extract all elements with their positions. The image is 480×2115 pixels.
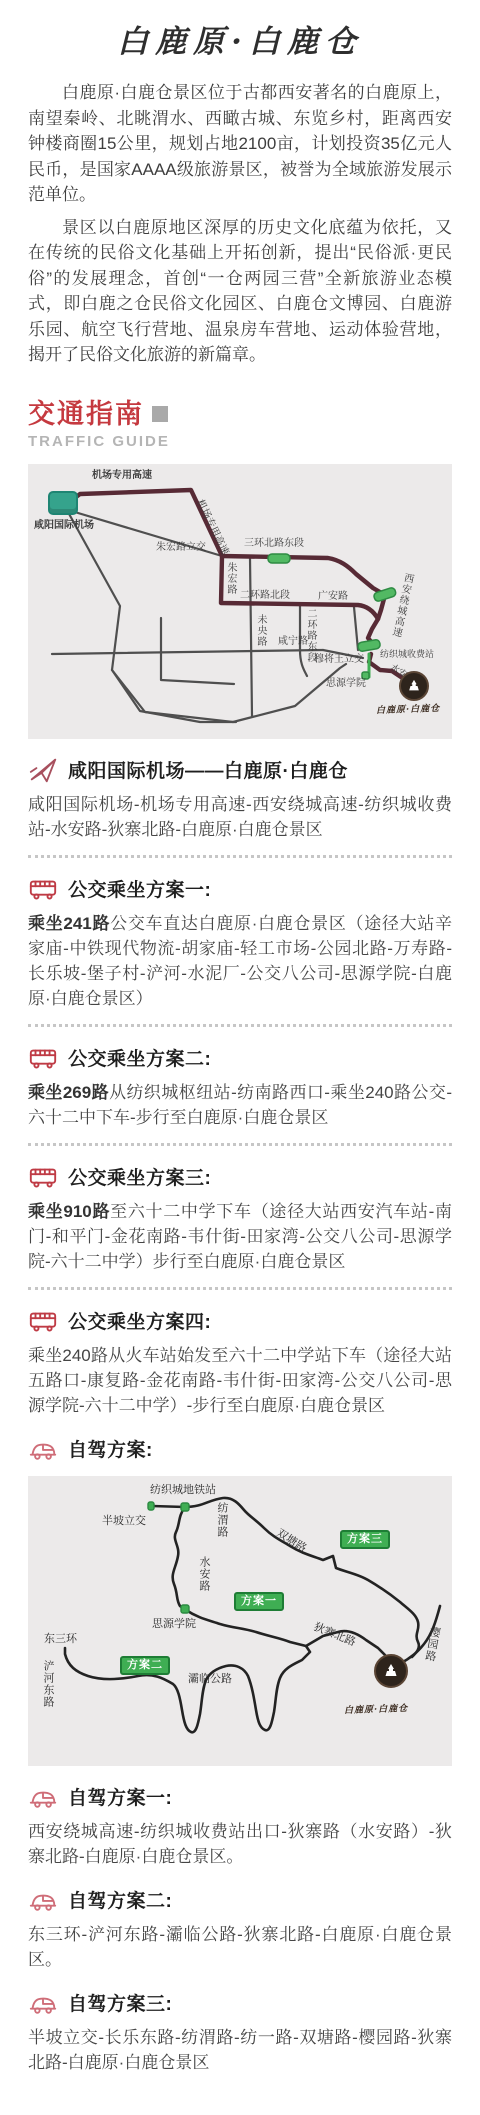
plan3-badge: 方案三 <box>340 1530 390 1549</box>
drive-plan-3-section: 自驾方案三: <box>28 1988 452 2018</box>
map-label-banpo-interchange: 半坡立交 <box>102 1516 146 1527</box>
airport-route-map: 机场专用高速 机场专用高速 咸阳国际机场 朱宏路立交 三环北路东段 朱宏路 二环… <box>28 464 452 739</box>
dotted-divider <box>28 1287 452 1290</box>
traffic-guide-heading: 交通指南 TRAFFIC GUIDE <box>28 392 452 450</box>
map-label-third-ring-north: 三环北路东段 <box>244 538 304 549</box>
station-dots <box>148 1502 189 1613</box>
bus-plan-2-heading: 公交乘坐方案二: <box>68 1044 211 1071</box>
dotted-divider <box>28 1024 452 1027</box>
article: 白鹿原·白鹿仓 白鹿原·白鹿仓景区位于古都西安著名的白鹿原上，南望秦岭、北眺渭水… <box>0 0 480 2115</box>
bus-plan-1-text: 乘坐241路公交车直达白鹿原·白鹿仓景区（途径大站辛家庙-中铁现代物流-胡家庙-… <box>28 911 452 1011</box>
heading-square-decoration <box>152 406 168 422</box>
airport-route-heading: 咸阳国际机场——白鹿原·白鹿仓 <box>68 756 348 783</box>
drive-plan-1-section: 自驾方案一: <box>28 1782 452 1812</box>
map-label-fangwei-road: 纺渭路 <box>216 1502 227 1538</box>
car-icon <box>28 1885 58 1915</box>
map-label-zhuhong-road: 朱宏路 <box>225 562 236 595</box>
destination-calligraphy: 白鹿原·白鹿仓 <box>376 700 441 715</box>
bus-plan-2-text: 乘坐269路从纺织城枢纽站-纺南路西口-乘坐240路公交-六十二中下车-步行至白… <box>28 1080 452 1130</box>
destination-calligraphy: 白鹿原·白鹿仓 <box>344 1700 409 1715</box>
gray-roads <box>52 510 363 722</box>
bus-plan-4-heading: 公交乘坐方案四: <box>68 1307 211 1334</box>
airplane-icon <box>28 755 58 785</box>
traffic-guide-subtitle: TRAFFIC GUIDE <box>28 433 452 450</box>
drive-plan-3-text: 半坡立交-长乐东路-纺渭路-纺一路-双塘路-樱园路-狄寨北路-白鹿原·白鹿仓景区 <box>28 2025 452 2075</box>
bus-plan-3-route-number: 乘坐910路 <box>28 1202 110 1221</box>
map-label-weiyang-road: 未央路 <box>255 614 266 647</box>
map-label-subway-station: 纺织城地铁站 <box>150 1485 216 1496</box>
airport-route-section: 咸阳国际机场——白鹿原·白鹿仓 <box>28 755 452 785</box>
bus-icon <box>28 1306 58 1336</box>
map-label-toll-station: 纺织城收费站 <box>380 649 434 660</box>
bus-plan-3-text: 乘坐910路至六十二中学下车（途径大站西安汽车站-南门-和平门-金花南路-韦什街… <box>28 1199 452 1274</box>
bus-plan-3-heading: 公交乘坐方案三: <box>68 1163 211 1190</box>
drive-plan-3-heading: 自驾方案三: <box>68 1989 172 2016</box>
bus-plan-1-heading: 公交乘坐方案一: <box>68 875 211 902</box>
bus-plan-4-route-detail: 乘坐240路从火车站始发至六十二中学站下车（途径大站五路口-康复路-金花南路-韦… <box>28 1346 452 1415</box>
intro-paragraph-1: 白鹿原·白鹿仓景区位于古都西安著名的白鹿原上，南望秦岭、北眺渭水、西瞰古城、东览… <box>28 80 452 208</box>
airport-route-text: 咸阳国际机场-机场专用高速-西安绕城高速-纺织城收费站-水安路-狄寨北路-白鹿原… <box>28 792 452 842</box>
destination-logo <box>399 671 429 701</box>
plan1-badge: 方案一 <box>234 1592 284 1611</box>
traffic-guide-title: 交通指南 <box>28 392 144 431</box>
car-icon <box>28 1988 58 2018</box>
map-label-xianning-road: 咸宁路 <box>278 636 308 647</box>
map-label-second-ring-north: 二环路北段 <box>240 590 290 601</box>
drive-plan-2-text: 东三环-浐河东路-灞临公路-狄寨北路-白鹿原·白鹿仓景区。 <box>28 1922 452 1972</box>
airport-marker <box>48 491 78 515</box>
destination-logo-emblem <box>407 679 421 693</box>
intro-paragraph-2: 景区以白鹿原地区深厚的历史文化底蕴为依托，又在传统的民俗文化基础上开拓创新，提出… <box>28 215 452 368</box>
bus-plan-2-section: 公交乘坐方案二: <box>28 1043 452 1073</box>
map-label-mujiangwang-interchange: 穆将王立交 <box>314 654 364 665</box>
page: { "page": { "title": "白鹿原·白鹿仓" }, "intro… <box>0 0 480 2115</box>
driving-route-map-roads <box>28 1476 452 1766</box>
bus-plan-4-text: 乘坐240路从火车站始发至六十二中学站下车（途径大站五路口-康复路-金花南路-韦… <box>28 1343 452 1418</box>
bus-plan-2-route-number: 乘坐269路 <box>28 1083 109 1102</box>
map-label-zhuhong-interchange: 朱宏路立交 <box>156 542 206 553</box>
map-label-shuian-road: 水安路 <box>198 1556 209 1592</box>
dotted-divider <box>28 855 452 858</box>
airport-route-map-roads <box>28 464 452 739</box>
car-icon <box>28 1434 58 1464</box>
bus-plan-3-section: 公交乘坐方案三: <box>28 1162 452 1192</box>
driving-heading: 自驾方案: <box>68 1435 153 1462</box>
drive-plan-2-heading: 自驾方案二: <box>68 1886 172 1913</box>
destination-logo <box>374 1654 408 1688</box>
destination-logo-emblem <box>383 1663 399 1679</box>
map-label-siyuan-college: 思源学院 <box>326 678 366 689</box>
bus-icon <box>28 874 58 904</box>
map-label-guangan-road: 广安路 <box>318 591 348 602</box>
map-label-chanhe-east-road: 浐河东路 <box>42 1660 53 1708</box>
bus-plan-1-section: 公交乘坐方案一: <box>28 874 452 904</box>
map-label-balin-highway: 灞临公路 <box>188 1674 232 1685</box>
driving-route-map: 纺织城地铁站 半坡立交 纺渭路 双塘路 方案三 水安路 方案一 思源学院 东三环… <box>28 1476 452 1766</box>
plan2-badge: 方案二 <box>120 1656 170 1675</box>
bus-icon <box>28 1043 58 1073</box>
map-label-east-third-ring: 东三环 <box>44 1634 77 1645</box>
driving-section: 自驾方案: <box>28 1434 452 1464</box>
page-title: 白鹿原·白鹿仓 <box>28 0 452 61</box>
drive-plan-2-section: 自驾方案二: <box>28 1885 452 1915</box>
car-icon <box>28 1782 58 1812</box>
bus-plan-1-route-number: 乘坐241路 <box>28 914 110 933</box>
drive-plan-1-text: 西安绕城高速-纺织城收费站出口-狄寨路（水安路）-狄寨北路-白鹿原·白鹿仓景区。 <box>28 1819 452 1869</box>
dotted-divider <box>28 1143 452 1146</box>
bus-plan-4-section: 公交乘坐方案四: <box>28 1306 452 1336</box>
bottom-spacer <box>28 2075 452 2115</box>
map-label-airport-expressway: 机场专用高速 <box>92 470 152 481</box>
bus-icon <box>28 1162 58 1192</box>
map-label-airport: 咸阳国际机场 <box>34 520 94 531</box>
drive-plan-1-heading: 自驾方案一: <box>68 1783 172 1810</box>
map-label-siyuan-college: 思源学院 <box>152 1619 196 1630</box>
